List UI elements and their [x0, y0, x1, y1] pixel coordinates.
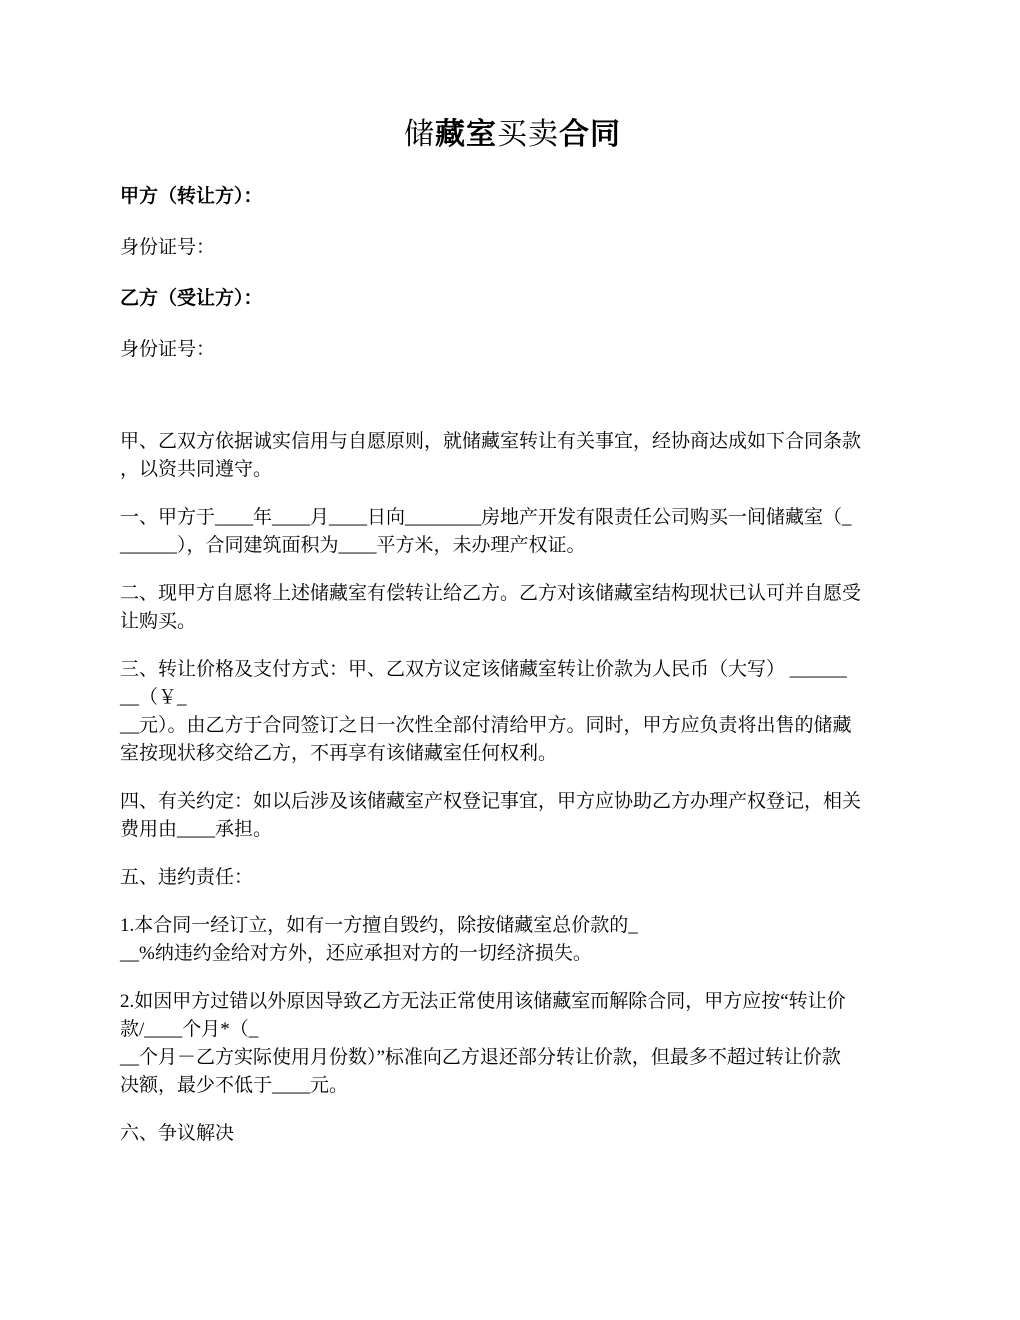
clause-3-price-and-payment: 三、转让价格及支付方式：甲、乙双方议定该储藏室转让价款为人民币（大写） ____…: [120, 656, 905, 768]
party-a-heading: 甲方（转让方）：: [120, 183, 905, 211]
clause-5-item-2: 2.如因甲方过错以外原因导致乙方无法正常使用该储藏室而解除合同，甲方应按“转让价…: [120, 988, 905, 1100]
document-title: 储藏室买卖合同: [120, 112, 905, 158]
clause-2-transfer-agreement: 二、现甲方自愿将上述储藏室有偿转让给乙方。乙方对该储藏室结构现状已认可并自愿受 …: [120, 580, 905, 636]
clause-5-heading-breach-liability: 五、违约责任：: [120, 864, 905, 892]
title-segment-normal: 储: [404, 118, 435, 151]
preamble-paragraph: 甲、乙双方依据诚实信用与自愿原则，就储藏室转让有关事宜，经协商达成如下合同条款 …: [120, 428, 905, 484]
clause-6-heading-dispute-resolution: 六、争议解决: [120, 1120, 905, 1148]
clause-5-item-1: 1.本合同一经订立，如有一方擅自毁约，除按储藏室总价款的_ __%纳违约金给对方…: [120, 912, 905, 968]
title-segment-heavy: 合同: [559, 118, 621, 151]
contract-document-page: 储藏室买卖合同 甲方（转让方）： 身份证号： 乙方（受让方）： 身份证号： 甲、…: [0, 0, 1020, 1320]
party-a-id-label: 身份证号：: [120, 234, 905, 262]
clause-1-purchase-origin: 一、甲方于____年____月____日向________房地产开发有限责任公司…: [120, 504, 905, 560]
clause-4-registration: 四、有关约定：如以后涉及该储藏室产权登记事宜，甲方应协助乙方办理产权登记，相关 …: [120, 788, 905, 844]
title-segment-heavy: 藏室: [435, 118, 497, 151]
party-b-heading: 乙方（受让方）：: [120, 285, 905, 313]
title-segment-normal: 买卖: [497, 118, 559, 151]
party-b-id-label: 身份证号：: [120, 336, 905, 364]
